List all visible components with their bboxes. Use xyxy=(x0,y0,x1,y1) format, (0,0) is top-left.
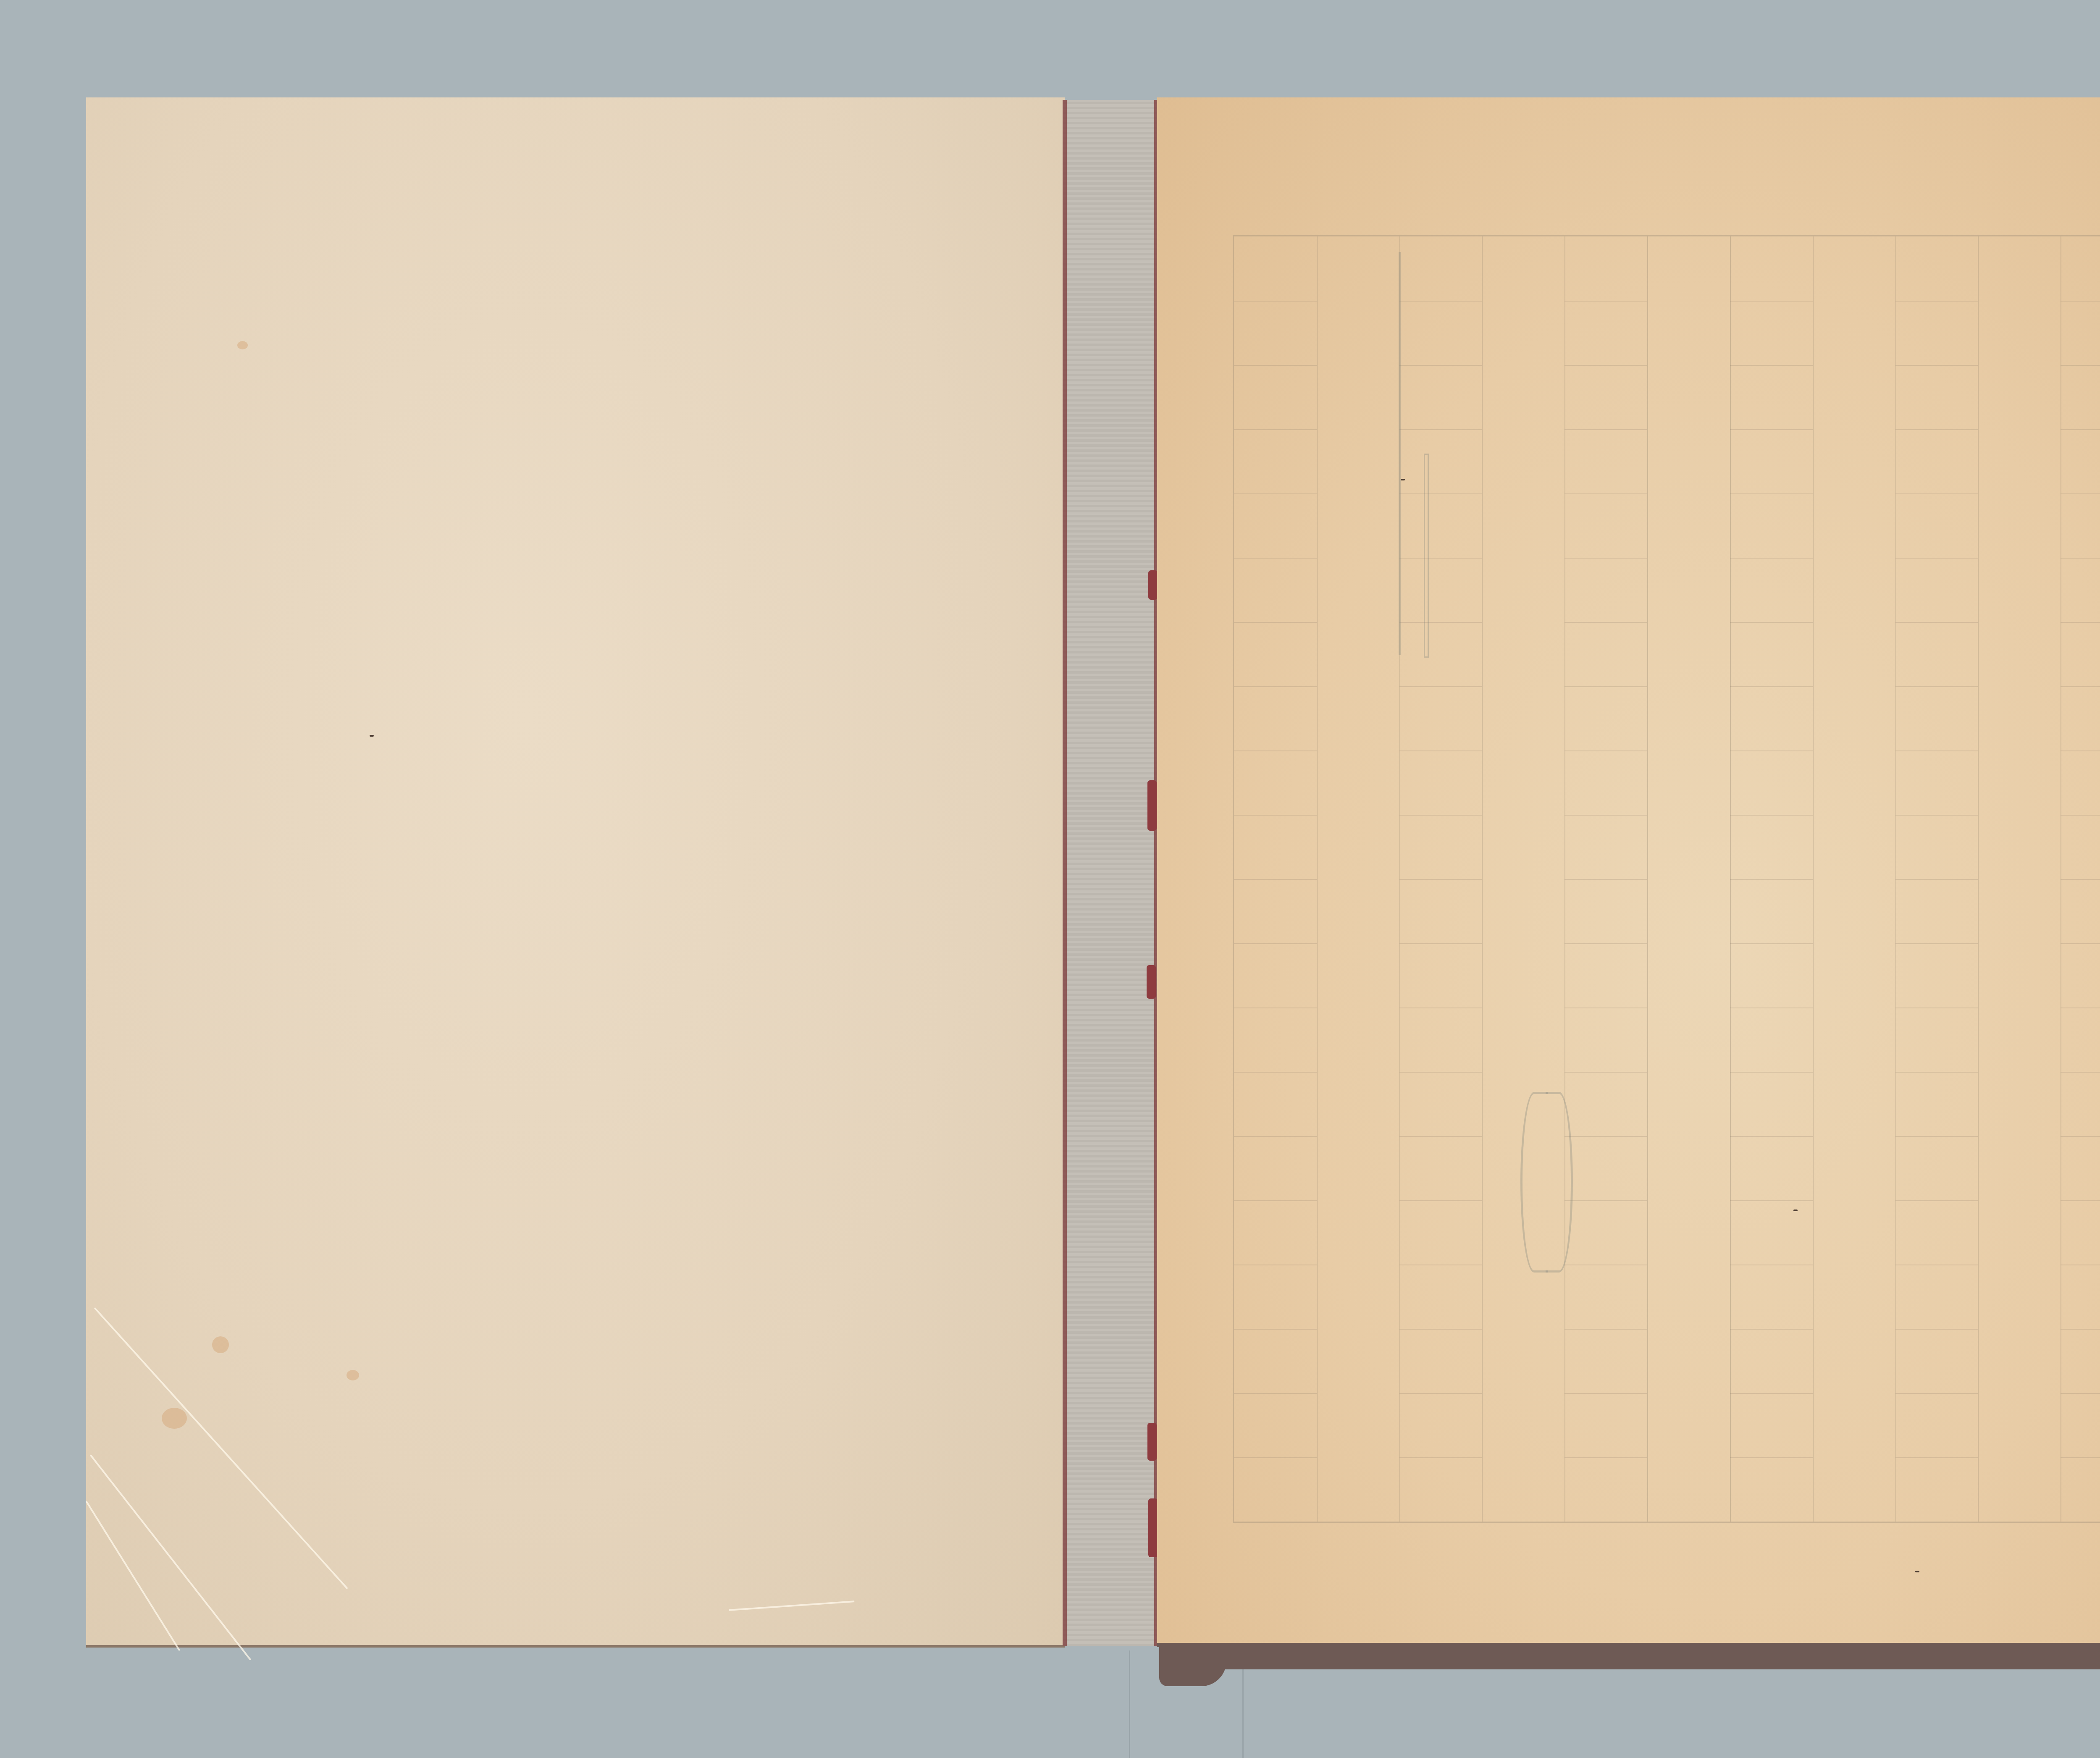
grid-row-line xyxy=(1564,1136,1647,1137)
grid-row-line xyxy=(1399,1393,1482,1394)
grid-row-line xyxy=(1234,879,1317,880)
spine-left-edge xyxy=(1063,100,1067,1646)
grid-row-line xyxy=(1234,493,1317,494)
grid-row-line xyxy=(1564,943,1647,944)
grid-row-line xyxy=(1730,686,1813,687)
grid-row-line xyxy=(1399,1008,1482,1008)
grid-row-line xyxy=(2061,1072,2100,1073)
grid-row-line xyxy=(1399,493,1482,494)
grid-row-line xyxy=(1730,879,1813,880)
foxing-spot xyxy=(346,1370,359,1380)
grid-row-line xyxy=(2061,1329,2100,1330)
show-through-bracket xyxy=(1399,252,1409,655)
foxing-spot xyxy=(237,341,248,349)
grid-row-line xyxy=(1234,1200,1317,1201)
grid-row-line xyxy=(2061,686,2100,687)
paper-crease xyxy=(729,1601,855,1611)
grid-row-line xyxy=(1399,1457,1482,1458)
grid-column-line xyxy=(1978,236,1979,1522)
ink-speck xyxy=(370,735,374,737)
grid-column-line xyxy=(1647,236,1648,1522)
grid-row-line xyxy=(2061,1008,2100,1008)
grid-column-line xyxy=(1813,236,1814,1522)
page-shadow xyxy=(1159,1640,2100,1669)
grid-row-line xyxy=(2061,1393,2100,1394)
grid-row-line xyxy=(1399,879,1482,880)
spine-fray xyxy=(1147,780,1157,831)
grid-row-line xyxy=(2061,1457,2100,1458)
grid-row-line xyxy=(1895,1393,1978,1394)
grid-row-line xyxy=(1895,1457,1978,1458)
grid-row-line xyxy=(1399,301,1482,302)
grid-row-line xyxy=(1234,301,1317,302)
grid-row-line xyxy=(1234,365,1317,366)
grid-row-line xyxy=(1399,558,1482,559)
grid-row-line xyxy=(2061,558,2100,559)
grid-row-line xyxy=(1564,686,1647,687)
grid-column-line xyxy=(1317,236,1318,1522)
grid-row-line xyxy=(1895,429,1978,430)
spine-fray xyxy=(1147,965,1156,999)
show-through-underline xyxy=(1424,454,1429,658)
grid-row-line xyxy=(1564,622,1647,623)
grid-row-line xyxy=(1564,365,1647,366)
grid-row-line xyxy=(1895,943,1978,944)
grid-row-line xyxy=(1730,1072,1813,1073)
grid-row-line xyxy=(2061,815,2100,816)
grid-row-line xyxy=(1234,1072,1317,1073)
grid-row-line xyxy=(1399,943,1482,944)
grid-row-line xyxy=(1234,1265,1317,1265)
grid-row-line xyxy=(1234,622,1317,623)
grid-column-line xyxy=(1482,236,1483,1522)
grid-row-line xyxy=(1895,301,1978,302)
grid-row-line xyxy=(2061,1265,2100,1265)
grid-row-line xyxy=(1730,365,1813,366)
paper-crease xyxy=(89,1454,251,1661)
grid-row-line xyxy=(1399,1136,1482,1137)
grid-row-line xyxy=(1564,1265,1647,1265)
cloth-spine-strip xyxy=(1063,100,1158,1646)
grid-row-line xyxy=(1895,815,1978,816)
grid-row-line xyxy=(1234,943,1317,944)
grid-row-line xyxy=(1234,1008,1317,1008)
grid-row-line xyxy=(1399,365,1482,366)
ink-speck xyxy=(1401,479,1405,480)
grid-row-line xyxy=(1730,1393,1813,1394)
grid-row-line xyxy=(1234,750,1317,751)
grid-row-line xyxy=(1399,1072,1482,1073)
grid-row-line xyxy=(1730,1008,1813,1008)
left-flyleaf-page xyxy=(86,97,1065,1645)
grid-row-line xyxy=(1399,750,1482,751)
grid-row-line xyxy=(1730,429,1813,430)
grid-row-line xyxy=(1234,686,1317,687)
grid-row-line xyxy=(1564,493,1647,494)
grid-row-line xyxy=(1730,1329,1813,1330)
backing-seam xyxy=(1129,1650,1130,1758)
grid-row-line xyxy=(2061,622,2100,623)
grid-row-line xyxy=(1730,1457,1813,1458)
grid-row-line xyxy=(1564,1200,1647,1201)
manuscript-grid xyxy=(1233,235,2100,1523)
ink-speck xyxy=(1915,1571,1919,1572)
grid-row-line xyxy=(1234,429,1317,430)
grid-row-line xyxy=(1234,815,1317,816)
grid-row-line xyxy=(1399,686,1482,687)
grid-row-line xyxy=(2061,365,2100,366)
grid-row-line xyxy=(2061,429,2100,430)
grid-row-line xyxy=(1564,1072,1647,1073)
grid-row-line xyxy=(1730,558,1813,559)
grid-row-line xyxy=(1399,622,1482,623)
grid-row-line xyxy=(1564,429,1647,430)
grid-row-line xyxy=(1399,815,1482,816)
paper-crease xyxy=(85,1501,180,1651)
grid-row-line xyxy=(1730,301,1813,302)
grid-row-line xyxy=(1234,1457,1317,1458)
grid-row-line xyxy=(2061,1200,2100,1201)
grid-row-line xyxy=(1564,750,1647,751)
grid-row-line xyxy=(1895,1329,1978,1330)
grid-row-line xyxy=(1730,622,1813,623)
grid-row-line xyxy=(1730,1200,1813,1201)
show-through-bracket xyxy=(1520,1092,1548,1273)
grid-row-line xyxy=(1895,1008,1978,1008)
grid-row-line xyxy=(1564,879,1647,880)
grid-row-line xyxy=(1895,558,1978,559)
grid-row-line xyxy=(1399,1265,1482,1265)
grid-row-line xyxy=(1730,493,1813,494)
grid-row-line xyxy=(1895,750,1978,751)
spine-fray xyxy=(1148,570,1158,600)
grid-row-line xyxy=(1564,301,1647,302)
grid-row-line xyxy=(2061,750,2100,751)
grid-row-line xyxy=(1730,943,1813,944)
grid-row-line xyxy=(2061,1136,2100,1137)
grid-row-line xyxy=(1895,1200,1978,1201)
grid-row-line xyxy=(1895,622,1978,623)
grid-row-line xyxy=(1564,1008,1647,1008)
grid-row-line xyxy=(2061,493,2100,494)
grid-row-line xyxy=(1564,558,1647,559)
spine-fray xyxy=(1147,1423,1157,1461)
grid-row-line xyxy=(1895,1072,1978,1073)
grid-row-line xyxy=(2061,301,2100,302)
grid-row-line xyxy=(1730,750,1813,751)
grid-row-line xyxy=(1895,493,1978,494)
grid-row-line xyxy=(1234,1393,1317,1394)
grid-row-line xyxy=(1564,1393,1647,1394)
spine-fray xyxy=(1148,1498,1158,1557)
grid-row-line xyxy=(1399,1200,1482,1201)
grid-row-line xyxy=(1234,558,1317,559)
grid-row-line xyxy=(1895,686,1978,687)
foxing-spot xyxy=(162,1408,187,1429)
foxing-spot xyxy=(212,1336,229,1353)
grid-row-line xyxy=(1895,1136,1978,1137)
grid-row-line xyxy=(2061,943,2100,944)
grid-row-line xyxy=(1564,815,1647,816)
grid-row-line xyxy=(1399,429,1482,430)
grid-row-line xyxy=(1895,879,1978,880)
grid-row-line xyxy=(1730,815,1813,816)
grid-row-line xyxy=(1234,1329,1317,1330)
grid-row-line xyxy=(2061,879,2100,880)
grid-row-line xyxy=(1399,1329,1482,1330)
grid-row-line xyxy=(1730,1265,1813,1265)
grid-row-line xyxy=(1564,1329,1647,1330)
grid-row-line xyxy=(1564,1457,1647,1458)
ink-speck xyxy=(1793,1210,1798,1211)
grid-row-line xyxy=(1234,1136,1317,1137)
grid-row-line xyxy=(1730,1136,1813,1137)
grid-row-line xyxy=(1895,1265,1978,1265)
page-shadow xyxy=(1159,1640,1226,1686)
show-through-bracket xyxy=(1546,1092,1573,1273)
grid-row-line xyxy=(1895,365,1978,366)
